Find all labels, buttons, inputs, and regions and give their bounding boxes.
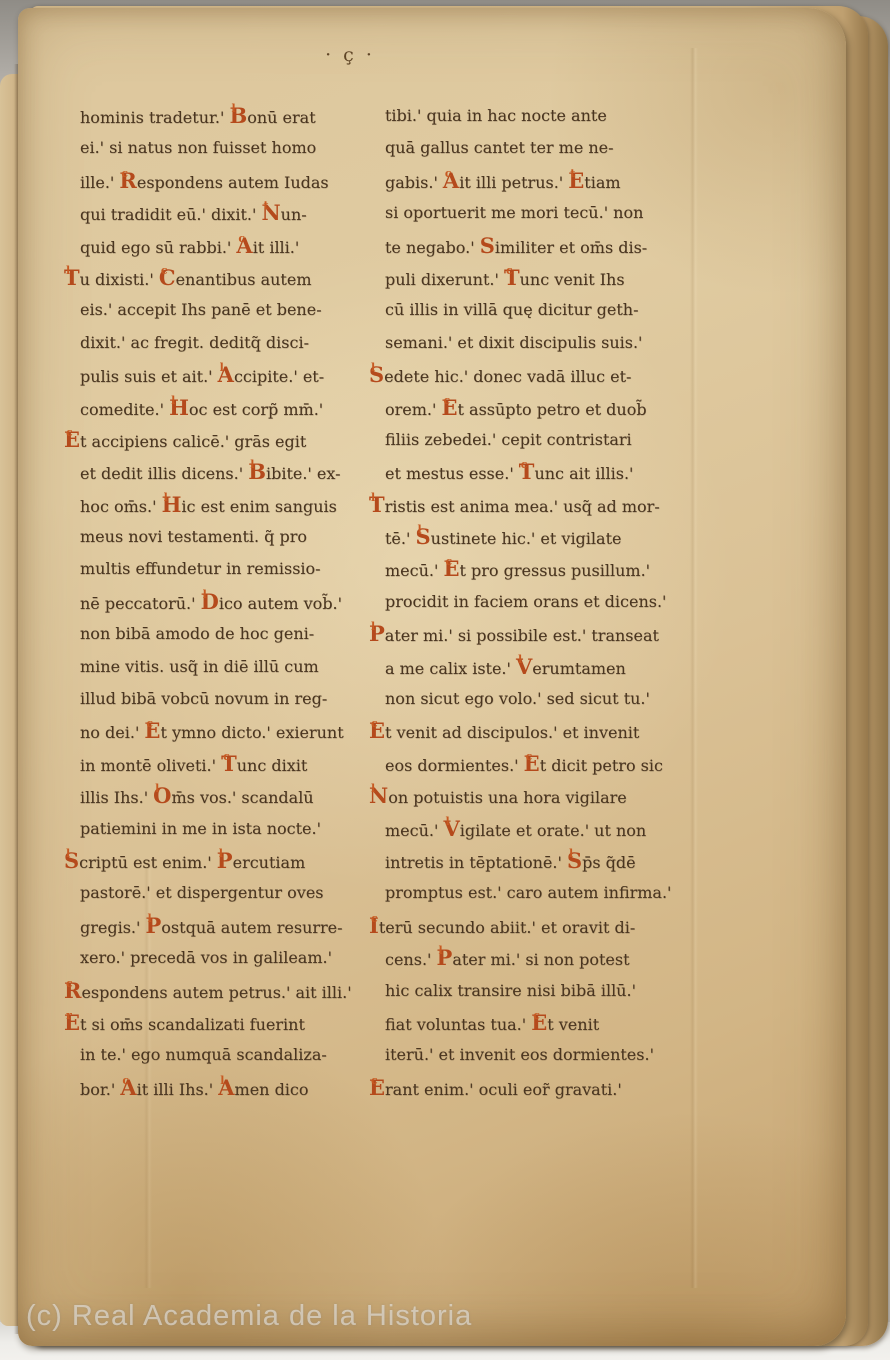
manuscript-line: eis.' accepit Ihs panē et bene- (80, 294, 380, 326)
copyright-watermark: (c) Real Academia de la Historia (26, 1300, 472, 1333)
ink-text: t assūpto petro et duob̃ (458, 400, 647, 419)
ink-text: et mestus esse.' (385, 464, 519, 483)
ink-text: ei.' si natus non fuisset homo (80, 138, 316, 157)
ink-text: et dedit illis dicens.' (80, 464, 248, 483)
manuscript-line: hic calix transire nisi bibā illū.' (385, 975, 701, 1007)
ink-text: t venit ad discipulos.' et invenit (385, 723, 639, 742)
ink-text: t si om̄s scandalizati fuerint (80, 1015, 305, 1034)
manuscript-line: mecū.' cEt pro gressus pusillum.' (385, 553, 701, 585)
manuscript-line: mine vitis. usq̃ in diē illū cum (80, 651, 380, 683)
ink-text: ristis est anima mea.' usq̃ ad mor- (385, 497, 660, 516)
manuscript-line: intretis in tēptationē.' lSp̄s q̃dē (385, 845, 701, 877)
ink-text: m̄s vos.' scandalū (171, 788, 313, 807)
ink-text: mecū.' (385, 561, 443, 580)
ink-text: erumtamen (532, 659, 626, 678)
ink-text: filiis zebedei.' cepit contristari (385, 430, 632, 449)
ink-text: ostquā autem resurre- (161, 918, 342, 937)
manuscript-line: lScriptū est enim.' lPercutiam (64, 845, 380, 877)
ink-text: in te.' ego numquā scandaliza- (80, 1045, 327, 1064)
ink-text: unc ait illis.' (534, 464, 633, 483)
manuscript-line: si oportuerit me mori tecū.' non (385, 197, 701, 229)
manuscript-line: orem.' cEt assūpto petro et duob̃ (385, 392, 701, 424)
ink-text: u dixisti.' (80, 270, 159, 289)
ink-text: a me calix iste.' (385, 659, 516, 678)
ink-text: pastorē.' et dispergentur oves (80, 883, 324, 902)
ink-text: promptus est.' caro autem infirma.' (385, 883, 671, 902)
ink-text: non sicut ego volo.' sed sicut tu.' (385, 689, 650, 708)
ink-text: edete hic.' donec vadā illuc et- (384, 367, 631, 386)
manuscript-line: filiis zebedei.' cepit contristari (385, 424, 701, 456)
folio-mark: · ç · (310, 44, 390, 66)
manuscript-line: qui tradidit eū.' dixit.' tNun- (80, 197, 380, 229)
ink-text: hoc om̄s.' (80, 497, 162, 516)
manuscript-line: cEt venit ad discipulos.' et invenit (369, 715, 701, 747)
ink-text: it illi Ihs.' (137, 1080, 219, 1099)
ink-text: non bibā amodo de hoc geni- (80, 624, 314, 643)
manuscript-line: et mestus esse.' cTunc ait illis.' (385, 456, 701, 488)
ink-text: no dei.' (80, 723, 144, 742)
ink-text: espondens autem petrus.' ait illi.' (81, 983, 351, 1002)
ink-text: oc est corp̃ mm̄.' (189, 400, 323, 419)
manuscript-line: pastorē.' et dispergentur oves (80, 877, 380, 909)
manuscript-line: in montē oliveti.' cTunc dixit (80, 748, 380, 780)
manuscript-line: lNon potuistis una hora vigilare (369, 780, 701, 812)
ink-text: qui tradidit eū.' dixit.' (80, 205, 261, 224)
ink-text: procidit in faciem orans et dicens.' (385, 592, 666, 611)
ink-text: ater mi.' si non potest (452, 950, 629, 969)
ink-text: tibi.' quia in hac nocte ante (385, 106, 607, 125)
ink-text: criptū est enim.' (79, 853, 217, 872)
manuscript-line: hominis tradetur.' lBonū erat (80, 100, 380, 132)
ink-text: ibite.' ex- (266, 464, 341, 483)
manuscript-line: mecū.' lVigilate et orate.' ut non (385, 813, 701, 845)
ink-text: ater mi.' si possibile est.' transeat (385, 626, 659, 645)
ink-text: unc venit Ihs (520, 270, 625, 289)
manuscript-page: · ç · hominis tradetur.' lBonū eratei.' … (18, 8, 846, 1346)
ink-text: meus novi testamenti. q̃ pro (80, 527, 307, 546)
manuscript-line: cRespondens autem petrus.' ait illi.' (64, 975, 380, 1007)
ink-text: rant enim.' oculi eor̃ gravati.' (385, 1080, 622, 1099)
ink-text: quid ego sū rabbi.' (80, 238, 236, 257)
manuscript-line: no dei.' cEt ymno dicto.' exierunt (80, 715, 380, 747)
manuscript-line: ille.' cRespondens autem Iudas (80, 165, 380, 197)
ink-text: tiam (584, 173, 620, 192)
manuscript-line: illis Ihs.' lOm̄s vos.' scandalū (80, 780, 380, 812)
ink-text: fiat voluntas tua.' (385, 1015, 531, 1034)
ink-text: si oportuerit me mori tecū.' non (385, 203, 643, 222)
ink-text: it illi.' (253, 238, 300, 257)
ink-text: in montē oliveti.' (80, 756, 221, 775)
ink-text: enantibus autem (176, 270, 312, 289)
ink-text: mine vitis. usq̃ in diē illū cum (80, 657, 319, 676)
manuscript-line: comedite.' lHoc est corp̃ mm̄.' (80, 392, 380, 424)
manuscript-line: te negabo.' Similiter et om̄s dis- (385, 230, 701, 262)
ink-text: unc dixit (237, 756, 308, 775)
manuscript-line: patiemini in me in ista nocte.' (80, 813, 380, 845)
ink-text: terū secundo abiit.' et oravit di- (379, 918, 635, 937)
ink-text: eos dormientes.' (385, 756, 524, 775)
manuscript-line: non sicut ego volo.' sed sicut tu.' (385, 683, 701, 715)
manuscript-line: gregis.' lPostquā autem resurre- (80, 910, 380, 942)
ink-text: illis Ihs.' (80, 788, 153, 807)
ink-text: semani.' et dixit discipulis suis.' (385, 333, 642, 352)
ink-text: onū erat (247, 108, 315, 127)
ink-text: te negabo.' (385, 238, 480, 257)
ink-text: ercutiam (233, 853, 306, 872)
ink-text: ccipite.' et- (234, 367, 324, 386)
ink-text: hominis tradetur.' (80, 108, 229, 127)
manuscript-line: illud bibā vobcū novum in reg- (80, 683, 380, 715)
manuscript-line: lTristis est anima mea.' usq̃ ad mor- (369, 489, 701, 521)
manuscript-line: tibi.' quia in hac nocte ante (385, 100, 701, 132)
ink-text: comedite.' (80, 400, 169, 419)
ink-text: ic est enim sanguis (181, 497, 336, 516)
ink-text: espondens autem Iudas (137, 173, 329, 192)
manuscript-line: non bibā amodo de hoc geni- (80, 618, 380, 650)
ink-text: gregis.' (80, 918, 146, 937)
ink-text: orem.' (385, 400, 442, 419)
ink-text: intretis in tēptationē.' (385, 853, 567, 872)
manuscript-line: lPater mi.' si possibile est.' transeat (369, 618, 701, 650)
manuscript-line: in te.' ego numquā scandaliza- (80, 1039, 380, 1071)
ink-text: eis.' accepit Ihs panē et bene- (80, 300, 322, 319)
manuscript-line: multis effundetur in remissio- (80, 553, 380, 585)
ink-text: cū illis in villā quę dicitur geth- (385, 300, 639, 319)
manuscript-line: hoc om̄s.' lHic est enim sanguis (80, 489, 380, 521)
rubric-initial: S (480, 233, 495, 258)
manuscript-line: promptus est.' caro autem infirma.' (385, 877, 701, 909)
manuscript-line: cErant enim.' oculi eor̃ gravati.' (369, 1072, 701, 1104)
ink-text: iterū.' et invenit eos dormientes.' (385, 1045, 654, 1064)
manuscript-line: et dedit illis dicens.' lBibite.' ex- (80, 456, 380, 488)
manuscript-line: procidit in faciem orans et dicens.' (385, 586, 701, 618)
manuscript-line: pulis suis et ait.' lAccipite.' et- (80, 359, 380, 391)
ink-text: t accipiens calicē.' grās egit (80, 432, 306, 451)
manuscript-line: a me calix iste.' lVerumtamen (385, 651, 701, 683)
ink-text: imiliter et om̄s dis- (495, 238, 647, 257)
ink-text: ille.' (80, 173, 119, 192)
manuscript-line: tē.' lSustinete hic.' et vigilate (385, 521, 701, 553)
manuscript-line: bor.' cAit illi Ihs.' lAmen dico (80, 1072, 380, 1104)
ink-text: men dico (235, 1080, 309, 1099)
manuscript-line: cū illis in villā quę dicitur geth- (385, 294, 701, 326)
ink-text: xero.' precedā vos in galileam.' (80, 948, 332, 967)
ink-text: multis effundetur in remissio- (80, 559, 321, 578)
manuscript-line: nē peccatorū.' lDico autem vob̃.' (80, 586, 380, 618)
ink-text: hic calix transire nisi bibā illū.' (385, 981, 636, 1000)
ink-text: puli dixerunt.' (385, 270, 504, 289)
ink-text: cens.' (385, 950, 437, 969)
manuscript-line: rEt si om̄s scandalizati fuerint (64, 1007, 380, 1039)
text-column-right: tibi.' quia in hac nocte antequā gallus … (385, 100, 701, 1104)
manuscript-line: cens.' lPater mi.' si non potest (385, 942, 701, 974)
ink-text: quā gallus cantet ter me ne- (385, 138, 614, 157)
manuscript-line: cIterū secundo abiit.' et oravit di- (369, 910, 701, 942)
manuscript-line: gabis.' cAit illi petrus.' tEtiam (385, 165, 701, 197)
ink-text: mecū.' (385, 821, 443, 840)
ink-text: p̄s q̃dē (582, 853, 636, 872)
ink-text: gabis.' (385, 173, 443, 192)
manuscript-line: cEt accipiens calicē.' grās egit (64, 424, 380, 456)
ink-text: t pro gressus pusillum.' (460, 561, 651, 580)
ink-text: bor.' (80, 1080, 120, 1099)
ink-text: un- (281, 205, 307, 224)
ink-text: igilate et orate.' ut non (460, 821, 646, 840)
manuscript-line: lTu dixisti.' cCenantibus autem (64, 262, 380, 294)
manuscript-line: meus novi testamenti. q̃ pro (80, 521, 380, 553)
ink-text: ico autem vob̃.' (219, 594, 342, 613)
ink-text: dixit.' ac fregit. deditq̃ disci- (80, 333, 309, 352)
ink-text: pulis suis et ait.' (80, 367, 218, 386)
ink-text: nē peccatorū.' (80, 594, 201, 613)
manuscript-line: iterū.' et invenit eos dormientes.' (385, 1039, 701, 1071)
manuscript-line: fiat voluntas tua.' cEt venit (385, 1007, 701, 1039)
ink-text: t ymno dicto.' exierunt (160, 723, 343, 742)
ink-text: on potuistis una hora vigilare (388, 788, 627, 807)
manuscript-line: quid ego sū rabbi.' cAit illi.' (80, 230, 380, 262)
ink-text: it illi petrus.' (459, 173, 568, 192)
manuscript-line: quā gallus cantet ter me ne- (385, 132, 701, 164)
text-column-left: hominis tradetur.' lBonū eratei.' si nat… (80, 100, 380, 1104)
manuscript-line: dixit.' ac fregit. deditq̃ disci- (80, 327, 380, 359)
manuscript-line: eos dormientes.' cEt dicit petro sic (385, 748, 701, 780)
manuscript-line: semani.' et dixit discipulis suis.' (385, 327, 701, 359)
ink-text: t dicit petro sic (540, 756, 663, 775)
ink-text: t venit (547, 1015, 599, 1034)
ink-text: ustinete hic.' et vigilate (431, 529, 622, 548)
ink-text: tē.' (385, 529, 415, 548)
manuscript-line: xero.' precedā vos in galileam.' (80, 942, 380, 974)
ink-text: patiemini in me in ista nocte.' (80, 819, 321, 838)
manuscript-line: puli dixerunt.' cTunc venit Ihs (385, 262, 701, 294)
ink-text: illud bibā vobcū novum in reg- (80, 689, 327, 708)
manuscript-line: ei.' si natus non fuisset homo (80, 132, 380, 164)
manuscript-line: lSedete hic.' donec vadā illuc et- (369, 359, 701, 391)
